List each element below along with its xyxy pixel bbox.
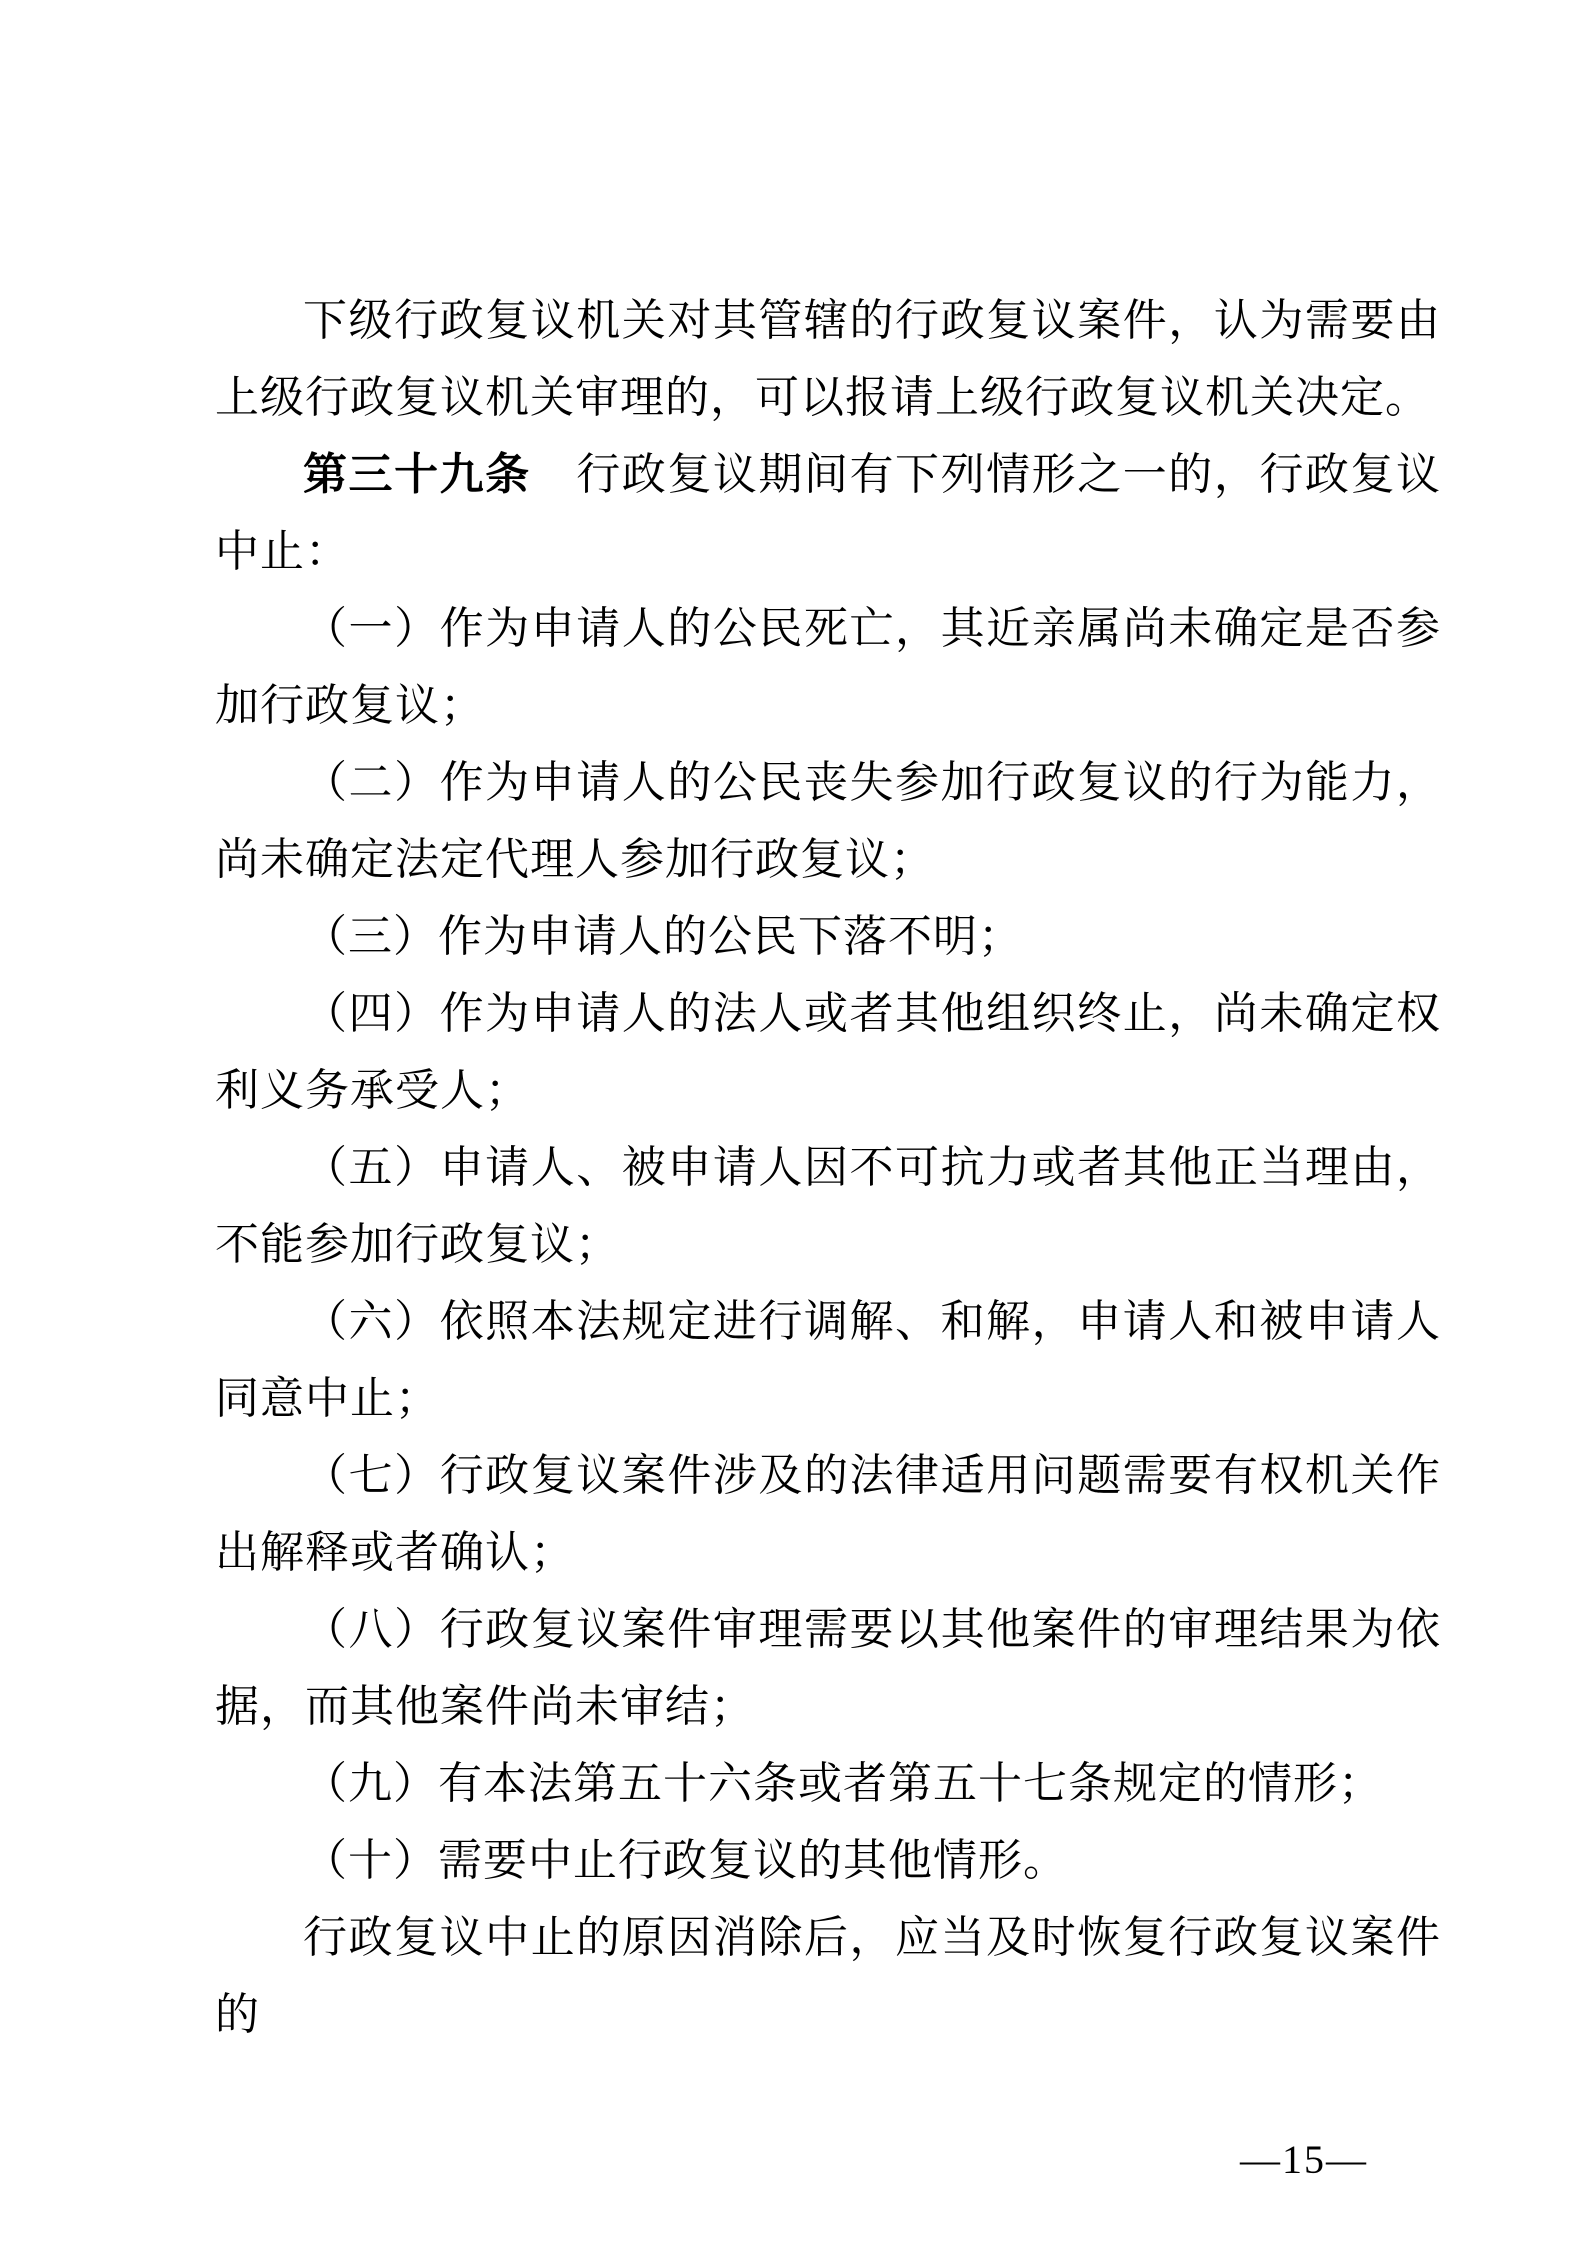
paragraph: 行政复议中止的原因消除后，应当及时恢复行政复议案件的 — [215, 1899, 1441, 2053]
paragraph: （二）作为申请人的公民丧失参加行政复议的行为能力，尚未确定法定代理人参加行政复议… — [215, 744, 1441, 898]
paragraph: （六）依照本法规定进行调解、和解，申请人和被申请人同意中止； — [215, 1283, 1441, 1437]
paragraph: （八）行政复议案件审理需要以其他案件的审理结果为依据，而其他案件尚未审结； — [215, 1591, 1441, 1745]
paragraph: （七）行政复议案件涉及的法律适用问题需要有权机关作出解释或者确认； — [215, 1437, 1441, 1591]
paragraph: 下级行政复议机关对其管辖的行政复议案件，认为需要由上级行政复议机关审理的，可以报… — [215, 282, 1441, 436]
paragraph: （九）有本法第五十六条或者第五十七条规定的情形； — [215, 1745, 1441, 1822]
document-page: 下级行政复议机关对其管辖的行政复议案件，认为需要由上级行政复议机关审理的，可以报… — [0, 0, 1587, 2245]
paragraph: （十）需要中止行政复议的其他情形。 — [215, 1822, 1441, 1899]
article-number: 第三十九条 — [303, 450, 531, 499]
paragraph: （三）作为申请人的公民下落不明； — [215, 898, 1441, 975]
paragraph: （一）作为申请人的公民死亡，其近亲属尚未确定是否参加行政复议； — [215, 590, 1441, 744]
paragraph: （四）作为申请人的法人或者其他组织终止，尚未确定权利义务承受人； — [215, 975, 1441, 1129]
paragraph: （五）申请人、被申请人因不可抗力或者其他正当理由，不能参加行政复议； — [215, 1129, 1441, 1283]
body-text-block: 下级行政复议机关对其管辖的行政复议案件，认为需要由上级行政复议机关审理的，可以报… — [215, 282, 1441, 2053]
paragraph: 第三十九条 行政复议期间有下列情形之一的，行政复议中止： — [215, 436, 1441, 590]
page-number: —15— — [1240, 2138, 1368, 2182]
